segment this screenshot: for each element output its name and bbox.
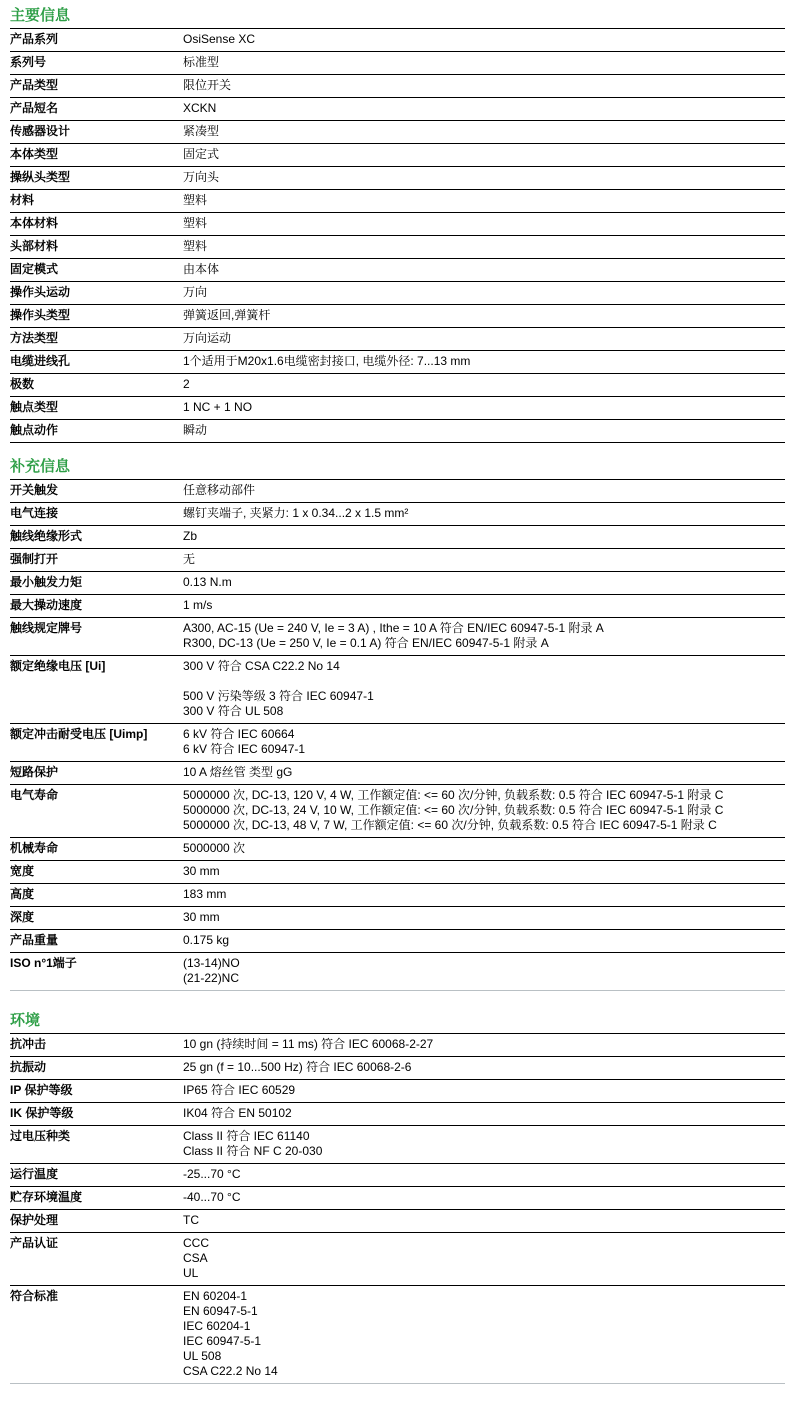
spec-value-line: 183 mm — [183, 887, 785, 902]
spec-row-label: 极数 — [10, 377, 183, 392]
spec-row-label: 宽度 — [10, 864, 183, 879]
spec-row: 产品重量 0.175 kg — [10, 930, 785, 953]
spec-section: 补充信息 开关触发 任意移动部件 电气连接 螺钉夹端子, 夹紧力: 1 x 0.… — [10, 456, 785, 991]
spec-row: 触点动作 瞬动 — [10, 420, 785, 443]
spec-row: 最大操动速度 1 m/s — [10, 595, 785, 618]
spec-row-value: 瞬动 — [183, 423, 785, 438]
spec-value-line: IEC 60204-1 — [183, 1319, 785, 1334]
spec-row-label: 产品系列 — [10, 32, 183, 47]
spec-row-value: 万向头 — [183, 170, 785, 185]
spec-row: 传感器设计 紧凑型 — [10, 121, 785, 144]
spec-value-line — [183, 674, 785, 689]
spec-row-label: 高度 — [10, 887, 183, 902]
spec-row-label: 强制打开 — [10, 552, 183, 567]
spec-value-line: 由本体 — [183, 262, 785, 277]
spec-value-line: Zb — [183, 529, 785, 544]
spec-row-label: 深度 — [10, 910, 183, 925]
spec-row: ISO n°1端子 (13-14)NO(21-22)NC — [10, 953, 785, 991]
spec-row: 系列号 标准型 — [10, 52, 785, 75]
spec-value-line: 10 A 熔丝管 类型 gG — [183, 765, 785, 780]
spec-value-line: 300 V 符合 UL 508 — [183, 704, 785, 719]
spec-value-line: 塑料 — [183, 216, 785, 231]
spec-value-line: 塑料 — [183, 193, 785, 208]
spec-value-line: UL — [183, 1266, 785, 1281]
spec-row: 额定绝缘电压 [Ui] 300 V 符合 CSA C22.2 No 14500 … — [10, 656, 785, 724]
spec-row-label: 贮存环境温度 — [10, 1190, 183, 1205]
spec-value-line: 5000000 次 — [183, 841, 785, 856]
spec-value-line: IP65 符合 IEC 60529 — [183, 1083, 785, 1098]
spec-row-value: 1 NC + 1 NO — [183, 400, 785, 415]
spec-value-line: 万向运动 — [183, 331, 785, 346]
spec-row-label: 材料 — [10, 193, 183, 208]
spec-row-value: 1个适用于M20x1.6电缆密封接口, 电缆外径: 7...13 mm — [183, 354, 785, 369]
spec-value-line: -25...70 °C — [183, 1167, 785, 1182]
spec-row-value: Zb — [183, 529, 785, 544]
spec-row: 极数 2 — [10, 374, 785, 397]
spec-value-line: Class II 符合 IEC 61140 — [183, 1129, 785, 1144]
spec-value-line: 塑料 — [183, 239, 785, 254]
spec-row: 运行温度 -25...70 °C — [10, 1164, 785, 1187]
spec-row-value: IK04 符合 EN 50102 — [183, 1106, 785, 1121]
spec-row-value: 0.13 N.m — [183, 575, 785, 590]
spec-row-label: 触线绝缘形式 — [10, 529, 183, 544]
section-rows: 产品系列 OsiSense XC 系列号 标准型 产品类型 限位开关 产品短名 … — [10, 29, 785, 443]
spec-row-label: 触线规定牌号 — [10, 621, 183, 636]
spec-value-line: CSA C22.2 No 14 — [183, 1364, 785, 1379]
spec-row-value: 塑料 — [183, 216, 785, 231]
spec-value-line: 10 gn (持续时间 = 11 ms) 符合 IEC 60068-2-27 — [183, 1037, 785, 1052]
spec-row-value: 万向 — [183, 285, 785, 300]
spec-row-value: Class II 符合 IEC 61140Class II 符合 NF C 20… — [183, 1129, 785, 1159]
spec-row-value: 无 — [183, 552, 785, 567]
spec-row: 产品类型 限位开关 — [10, 75, 785, 98]
spec-row-label: 头部材料 — [10, 239, 183, 254]
spec-value-line: 25 gn (f = 10...500 Hz) 符合 IEC 60068-2-6 — [183, 1060, 785, 1075]
spec-row: 产品系列 OsiSense XC — [10, 29, 785, 52]
spec-value-line: A300, AC-15 (Ue = 240 V, Ie = 3 A) , Ith… — [183, 621, 785, 636]
spec-value-line: (21-22)NC — [183, 971, 785, 986]
spec-row: 本体类型 固定式 — [10, 144, 785, 167]
spec-value-line: 5000000 次, DC-13, 24 V, 10 W, 工作额定值: <= … — [183, 803, 785, 818]
spec-row-value: 6 kV 符合 IEC 606646 kV 符合 IEC 60947-1 — [183, 727, 785, 757]
spec-value-line: IEC 60947-5-1 — [183, 1334, 785, 1349]
spec-row-value: 由本体 — [183, 262, 785, 277]
spec-row-value: 紧凑型 — [183, 124, 785, 139]
spec-value-line: 1个适用于M20x1.6电缆密封接口, 电缆外径: 7...13 mm — [183, 354, 785, 369]
spec-value-line: 500 V 污染等级 3 符合 IEC 60947-1 — [183, 689, 785, 704]
spec-value-line: 标准型 — [183, 55, 785, 70]
spec-row-label: 操纵头类型 — [10, 170, 183, 185]
spec-row-label: 传感器设计 — [10, 124, 183, 139]
spec-row-label: 触点动作 — [10, 423, 183, 438]
spec-row: 触线绝缘形式 Zb — [10, 526, 785, 549]
spec-row-label: 电缆进线孔 — [10, 354, 183, 369]
spec-row-value: (13-14)NO(21-22)NC — [183, 956, 785, 986]
spec-row-value: 万向运动 — [183, 331, 785, 346]
spec-row-value: IP65 符合 IEC 60529 — [183, 1083, 785, 1098]
spec-row-value: CCCCSAUL — [183, 1236, 785, 1281]
spec-row: 强制打开 无 — [10, 549, 785, 572]
spec-value-line: EN 60204-1 — [183, 1289, 785, 1304]
spec-row-label: 运行温度 — [10, 1167, 183, 1182]
section-title: 主要信息 — [10, 5, 785, 29]
spec-row-label: 本体类型 — [10, 147, 183, 162]
spec-row-label: 开关触发 — [10, 483, 183, 498]
spec-row-value: 5000000 次, DC-13, 120 V, 4 W, 工作额定值: <= … — [183, 788, 785, 833]
spec-row: 材料 塑料 — [10, 190, 785, 213]
spec-row: 最小触发力矩 0.13 N.m — [10, 572, 785, 595]
spec-row-label: ISO n°1端子 — [10, 956, 183, 971]
spec-value-line: R300, DC-13 (Ue = 250 V, Ie = 0.1 A) 符合 … — [183, 636, 785, 651]
spec-row: 抗振动 25 gn (f = 10...500 Hz) 符合 IEC 60068… — [10, 1057, 785, 1080]
spec-row-value: 30 mm — [183, 864, 785, 879]
spec-row-value: XCKN — [183, 101, 785, 116]
spec-row: 开关触发 任意移动部件 — [10, 480, 785, 503]
spec-row-label: 产品类型 — [10, 78, 183, 93]
spec-row-label: 短路保护 — [10, 765, 183, 780]
spec-value-line: 5000000 次, DC-13, 120 V, 4 W, 工作额定值: <= … — [183, 788, 785, 803]
spec-value-line: 1 m/s — [183, 598, 785, 613]
spec-value-line: 限位开关 — [183, 78, 785, 93]
spec-value-line: 6 kV 符合 IEC 60947-1 — [183, 742, 785, 757]
section-rows: 开关触发 任意移动部件 电气连接 螺钉夹端子, 夹紧力: 1 x 0.34...… — [10, 480, 785, 991]
spec-value-line: UL 508 — [183, 1349, 785, 1364]
spec-row-label: 操作头运动 — [10, 285, 183, 300]
spec-row-label: 产品认证 — [10, 1236, 183, 1251]
spec-row-value: TC — [183, 1213, 785, 1228]
spec-row: 头部材料 塑料 — [10, 236, 785, 259]
spec-value-line: OsiSense XC — [183, 32, 785, 47]
spec-row-value: OsiSense XC — [183, 32, 785, 47]
spec-row-value: 300 V 符合 CSA C22.2 No 14500 V 污染等级 3 符合 … — [183, 659, 785, 719]
spec-row: 过电压种类 Class II 符合 IEC 61140Class II 符合 N… — [10, 1126, 785, 1164]
spec-row: IK 保护等级 IK04 符合 EN 50102 — [10, 1103, 785, 1126]
spec-row: 操作头类型 弹簧返回,弹簧杆 — [10, 305, 785, 328]
spec-row: 电气连接 螺钉夹端子, 夹紧力: 1 x 0.34...2 x 1.5 mm² — [10, 503, 785, 526]
spec-row-label: 最大操动速度 — [10, 598, 183, 613]
spec-row-label: 保护处理 — [10, 1213, 183, 1228]
spec-row-label: 额定绝缘电压 [Ui] — [10, 659, 183, 674]
spec-row-value: 标准型 — [183, 55, 785, 70]
spec-row-value: 塑料 — [183, 239, 785, 254]
spec-row-value: EN 60204-1EN 60947-5-1IEC 60204-1IEC 609… — [183, 1289, 785, 1379]
spec-row: 宽度 30 mm — [10, 861, 785, 884]
spec-value-line: 6 kV 符合 IEC 60664 — [183, 727, 785, 742]
spec-value-line: 弹簧返回,弹簧杆 — [183, 308, 785, 323]
spec-row: 保护处理 TC — [10, 1210, 785, 1233]
spec-row-label: 触点类型 — [10, 400, 183, 415]
spec-row-value: 2 — [183, 377, 785, 392]
spec-row-value: -25...70 °C — [183, 1167, 785, 1182]
spec-row-value: 固定式 — [183, 147, 785, 162]
section-rows: 抗冲击 10 gn (持续时间 = 11 ms) 符合 IEC 60068-2-… — [10, 1034, 785, 1384]
spec-value-line: 万向 — [183, 285, 785, 300]
spec-row: 电气寿命 5000000 次, DC-13, 120 V, 4 W, 工作额定值… — [10, 785, 785, 838]
spec-row: 本体材料 塑料 — [10, 213, 785, 236]
spec-row: 贮存环境温度 -40...70 °C — [10, 1187, 785, 1210]
spec-section: 环境 抗冲击 10 gn (持续时间 = 11 ms) 符合 IEC 60068… — [10, 1010, 785, 1384]
spec-value-line: 2 — [183, 377, 785, 392]
spec-row-label: 抗振动 — [10, 1060, 183, 1075]
spec-value-line: 30 mm — [183, 864, 785, 879]
spec-row-label: 产品短名 — [10, 101, 183, 116]
spec-row-label: 机械寿命 — [10, 841, 183, 856]
spec-value-line: 1 NC + 1 NO — [183, 400, 785, 415]
spec-row: 产品认证 CCCCSAUL — [10, 1233, 785, 1286]
section-title: 环境 — [10, 1010, 785, 1034]
spec-row-value: 183 mm — [183, 887, 785, 902]
spec-value-line: CSA — [183, 1251, 785, 1266]
spec-value-line: 螺钉夹端子, 夹紧力: 1 x 0.34...2 x 1.5 mm² — [183, 506, 785, 521]
spec-row: 深度 30 mm — [10, 907, 785, 930]
spec-row: 产品短名 XCKN — [10, 98, 785, 121]
spec-row-label: 额定冲击耐受电压 [Uimp] — [10, 727, 183, 742]
spec-section: 主要信息 产品系列 OsiSense XC 系列号 标准型 产品类型 限位开关 … — [10, 5, 785, 443]
spec-row-value: 限位开关 — [183, 78, 785, 93]
spec-row-label: 符合标准 — [10, 1289, 183, 1304]
spec-value-line: 0.13 N.m — [183, 575, 785, 590]
spec-row-label: 方法类型 — [10, 331, 183, 346]
spec-row: 操纵头类型 万向头 — [10, 167, 785, 190]
spec-row-value: 5000000 次 — [183, 841, 785, 856]
spec-row: 电缆进线孔 1个适用于M20x1.6电缆密封接口, 电缆外径: 7...13 m… — [10, 351, 785, 374]
spec-value-line: 5000000 次, DC-13, 48 V, 7 W, 工作额定值: <= 6… — [183, 818, 785, 833]
spec-row: 固定模式 由本体 — [10, 259, 785, 282]
spec-value-line: 任意移动部件 — [183, 483, 785, 498]
spec-row-value: 弹簧返回,弹簧杆 — [183, 308, 785, 323]
spec-value-line: IK04 符合 EN 50102 — [183, 1106, 785, 1121]
spec-value-line: 300 V 符合 CSA C22.2 No 14 — [183, 659, 785, 674]
spec-value-line: 固定式 — [183, 147, 785, 162]
spec-row-label: IK 保护等级 — [10, 1106, 183, 1121]
spec-row-value: 30 mm — [183, 910, 785, 925]
spec-row: 触线规定牌号 A300, AC-15 (Ue = 240 V, Ie = 3 A… — [10, 618, 785, 656]
spec-row-label: 产品重量 — [10, 933, 183, 948]
spec-row: 操作头运动 万向 — [10, 282, 785, 305]
spec-value-line: CCC — [183, 1236, 785, 1251]
spec-row-label: 固定模式 — [10, 262, 183, 277]
spec-row: 符合标准 EN 60204-1EN 60947-5-1IEC 60204-1IE… — [10, 1286, 785, 1384]
spec-value-line: 紧凑型 — [183, 124, 785, 139]
spec-value-line: (13-14)NO — [183, 956, 785, 971]
spec-row-label: 电气连接 — [10, 506, 183, 521]
section-title: 补充信息 — [10, 456, 785, 480]
spec-row-value: 任意移动部件 — [183, 483, 785, 498]
spec-row-label: 本体材料 — [10, 216, 183, 231]
spec-value-line: 无 — [183, 552, 785, 567]
spec-row-value: 10 gn (持续时间 = 11 ms) 符合 IEC 60068-2-27 — [183, 1037, 785, 1052]
spec-value-line: 30 mm — [183, 910, 785, 925]
spec-value-line: 0.175 kg — [183, 933, 785, 948]
spec-row: 短路保护 10 A 熔丝管 类型 gG — [10, 762, 785, 785]
spec-row-label: IP 保护等级 — [10, 1083, 183, 1098]
spec-row-label: 系列号 — [10, 55, 183, 70]
spec-row-value: -40...70 °C — [183, 1190, 785, 1205]
spec-row-value: 10 A 熔丝管 类型 gG — [183, 765, 785, 780]
spec-row-value: 25 gn (f = 10...500 Hz) 符合 IEC 60068-2-6 — [183, 1060, 785, 1075]
spec-row: 额定冲击耐受电压 [Uimp] 6 kV 符合 IEC 606646 kV 符合… — [10, 724, 785, 762]
spec-row-value: 塑料 — [183, 193, 785, 208]
spec-value-line: -40...70 °C — [183, 1190, 785, 1205]
spec-row-label: 操作头类型 — [10, 308, 183, 323]
spec-value-line: TC — [183, 1213, 785, 1228]
spec-row: 方法类型 万向运动 — [10, 328, 785, 351]
spec-row: 机械寿命 5000000 次 — [10, 838, 785, 861]
spec-row-label: 最小触发力矩 — [10, 575, 183, 590]
spec-value-line: EN 60947-5-1 — [183, 1304, 785, 1319]
spec-row: 触点类型 1 NC + 1 NO — [10, 397, 785, 420]
spec-row: IP 保护等级 IP65 符合 IEC 60529 — [10, 1080, 785, 1103]
spec-value-line: Class II 符合 NF C 20-030 — [183, 1144, 785, 1159]
spec-row-label: 电气寿命 — [10, 788, 183, 803]
spec-row-value: 0.175 kg — [183, 933, 785, 948]
product-spec-sheet: 主要信息 产品系列 OsiSense XC 系列号 标准型 产品类型 限位开关 … — [0, 0, 793, 1388]
spec-value-line: 瞬动 — [183, 423, 785, 438]
spec-row-label: 过电压种类 — [10, 1129, 183, 1144]
spec-row-label: 抗冲击 — [10, 1037, 183, 1052]
spec-row-value: 螺钉夹端子, 夹紧力: 1 x 0.34...2 x 1.5 mm² — [183, 506, 785, 521]
spec-row-value: A300, AC-15 (Ue = 240 V, Ie = 3 A) , Ith… — [183, 621, 785, 651]
spec-value-line: XCKN — [183, 101, 785, 116]
spec-row: 高度 183 mm — [10, 884, 785, 907]
spec-value-line: 万向头 — [183, 170, 785, 185]
spec-row-value: 1 m/s — [183, 598, 785, 613]
spec-row: 抗冲击 10 gn (持续时间 = 11 ms) 符合 IEC 60068-2-… — [10, 1034, 785, 1057]
